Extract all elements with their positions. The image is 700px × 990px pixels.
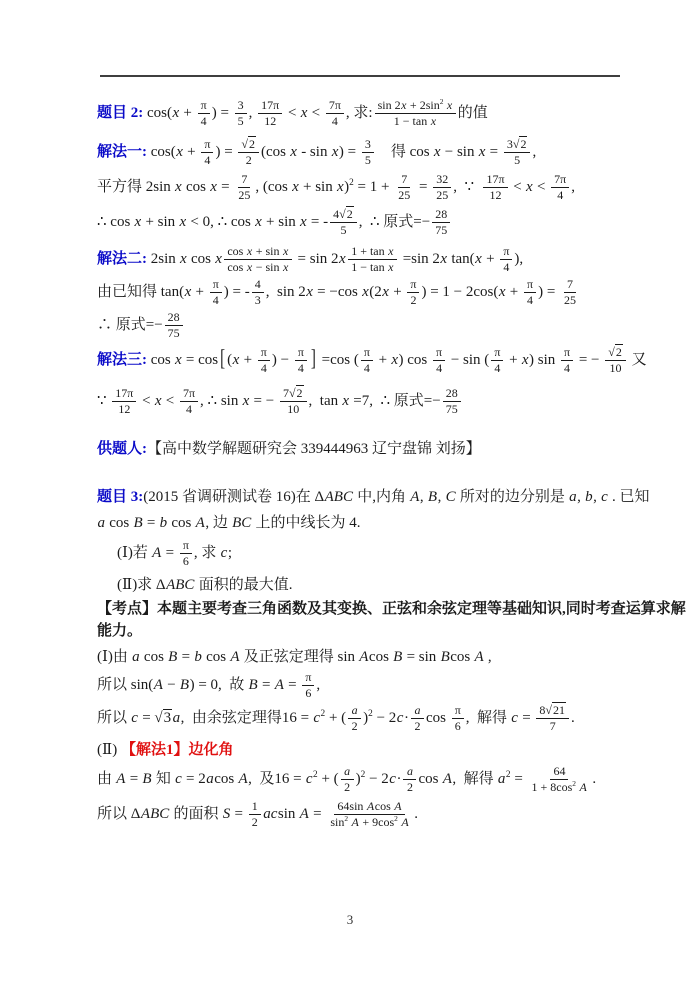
solution1-line3: ∴ cos x + sin x < 0, ∴ cos x + sin x = -… xyxy=(97,207,613,238)
problem3-heading: 题目 3:(2015 省调研测试卷 16)在 ΔABC 中,内角 A, B, C… xyxy=(97,487,613,509)
formula-text: (2015 省调研测试卷 16)在 ΔABC 中,内角 A, B, C 所对的边… xyxy=(143,489,649,505)
formula-text: 由 A = B 知 c = 2acos A, 及16 = c2 + (a2)2 … xyxy=(97,771,596,787)
formula-text: 平方得 2sin x cos x = 725, (cos x + sin x)2… xyxy=(97,179,575,195)
label-bold: 【考点】本题主要考查三角函数及其变换、正弦和余弦定理等基础知识,同时考查运算求解 xyxy=(97,601,686,617)
label-blue: 解法二: xyxy=(97,251,147,267)
problem3-line2: a cos B = b cos A, 边 BC 上的中线长为 4. xyxy=(97,513,613,535)
label-blue: 解法一: xyxy=(97,144,147,160)
formula-text: ∵ 17π12 < x < 7π4, ∴ sin x = − 7√210, ta… xyxy=(97,393,463,409)
problem3-part1: (Ⅰ)若 A = π6, 求 c; xyxy=(97,538,613,569)
label-bold: 能力。 xyxy=(97,623,142,639)
formula-text: 所以 sin(A − B) = 0, 故 B = A = π6, xyxy=(97,677,320,693)
formula-text: 所以 ΔABC 的面积 S = 12acsin A = 64sin Acos A… xyxy=(97,806,418,822)
formula-text: (Ⅱ) xyxy=(97,742,121,758)
part2-method1-heading: (Ⅱ) 【解法1】边化角 xyxy=(97,740,613,762)
problem2-heading: 题目 2: cos(x + π4) = 35, 17π12 < x < 7π4,… xyxy=(97,98,613,129)
formula-text: ∴ 原式=−2875 xyxy=(97,317,185,333)
part1-step3: 所以 c = √3a, 由余弦定理得16 = c2 + (a2)2 − 2c·a… xyxy=(97,703,613,734)
formula-text: cos x = cos[(x + π4) − π4] =cos (π4 + x)… xyxy=(147,352,647,368)
formula-text: cos(x + π4) = 35, 17π12 < x < 7π4, 求:sin… xyxy=(143,105,488,121)
solution2-line3: ∴ 原式=−2875 xyxy=(97,310,613,341)
formula-text: (Ⅰ)由 a cos B = b cos A 及正弦定理得 sin Acos B… xyxy=(97,649,492,665)
part2-step2: 所以 ΔABC 的面积 S = 12acsin A = 64sin Acos A… xyxy=(97,799,613,830)
part1-step1: (Ⅰ)由 a cos B = b cos A 及正弦定理得 sin Acos B… xyxy=(97,647,613,669)
solution3-line2: ∵ 17π12 < x < 7π4, ∴ sin x = − 7√210, ta… xyxy=(97,386,613,417)
contributor-line: 供题人:【高中数学解题研究会 339444963 辽宁盘锦 刘扬】 xyxy=(97,439,613,461)
formula-text: ∴ cos x + sin x < 0, ∴ cos x + sin x = -… xyxy=(97,214,452,230)
label-blue: 供题人: xyxy=(97,441,147,457)
formula-text: 2sin x cos xcos x + sin xcos x − sin x =… xyxy=(147,251,523,267)
keypoints-line1: 【考点】本题主要考查三角函数及其变换、正弦和余弦定理等基础知识,同时考查运算求解 xyxy=(97,599,613,621)
formula-text: 所以 c = √3a, 由余弦定理得16 = c2 + (a2)2 − 2c·a… xyxy=(97,710,575,726)
header-rule xyxy=(100,75,620,77)
label-red: 【解法1】边化角 xyxy=(121,742,234,758)
part1-step2: 所以 sin(A − B) = 0, 故 B = A = π6, xyxy=(97,670,613,701)
formula-text: cos(x + π4) = √22(cos x - sin x) = 35 得 … xyxy=(147,144,536,160)
solution2-line2: 由已知得 tan(x + π4) = -43, sin 2x = −cos x(… xyxy=(97,277,613,308)
solution1-line1: 解法一: cos(x + π4) = √22(cos x - sin x) = … xyxy=(97,137,613,168)
formula-text: 由已知得 tan(x + π4) = -43, sin 2x = −cos x(… xyxy=(97,284,581,300)
formula-text: (Ⅱ)求 ΔABC 面积的最大值. xyxy=(117,577,292,593)
label-blue: 题目 3: xyxy=(97,489,143,505)
label-blue: 题目 2: xyxy=(97,105,143,121)
page-number: 3 xyxy=(0,912,700,928)
formula-text: a cos B = b cos A, 边 BC 上的中线长为 4. xyxy=(97,515,361,531)
solution2-line1: 解法二: 2sin x cos xcos x + sin xcos x − si… xyxy=(97,244,613,275)
label-blue: 解法三: xyxy=(97,352,147,368)
keypoints-line2: 能力。 xyxy=(97,621,613,643)
problem3-part2: (Ⅱ)求 ΔABC 面积的最大值. xyxy=(97,575,613,597)
document-body: 题目 2: cos(x + π4) = 35, 17π12 < x < 7π4,… xyxy=(97,86,613,830)
formula-text: (Ⅰ)若 A = π6, 求 c; xyxy=(117,545,232,561)
solution3-line1: 解法三: cos x = cos[(x + π4) − π4] =cos (π4… xyxy=(97,345,613,376)
formula-text: 【高中数学解题研究会 339444963 辽宁盘锦 刘扬】 xyxy=(147,441,481,457)
solution1-line2: 平方得 2sin x cos x = 725, (cos x + sin x)2… xyxy=(97,172,613,203)
part2-step1: 由 A = B 知 c = 2acos A, 及16 = c2 + (a2)2 … xyxy=(97,764,613,795)
